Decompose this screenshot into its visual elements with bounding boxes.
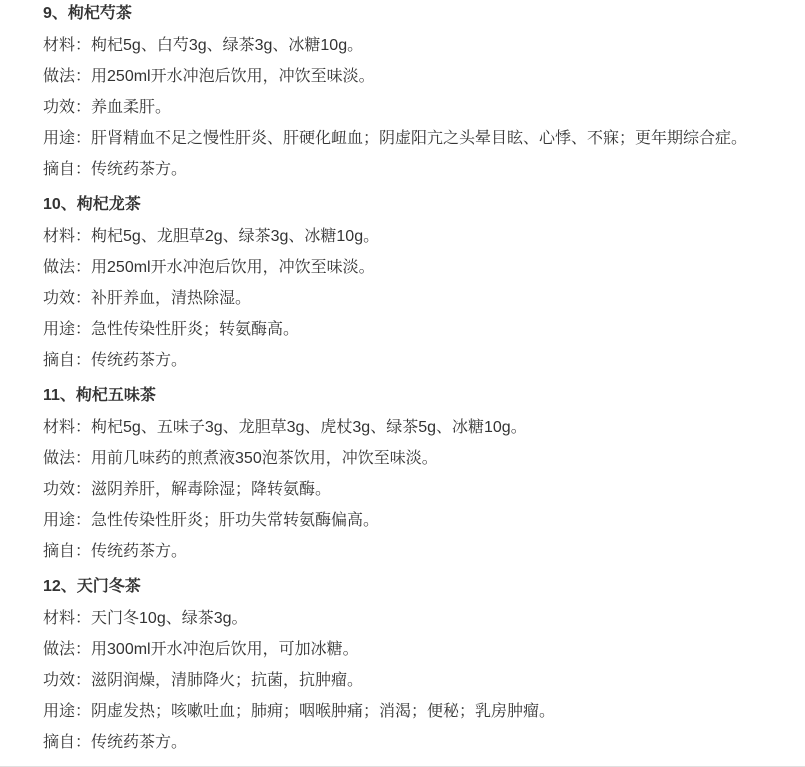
detail-row-effects: 功效：滋阴润燥，清肺降火；抗菌，抗肿瘤。: [43, 670, 765, 691]
row-text: 传统药茶方。: [91, 352, 187, 369]
row-label: 材料：: [43, 419, 91, 436]
row-text: 养血柔肝。: [91, 99, 171, 116]
row-label: 摘自：: [43, 734, 91, 751]
row-label: 材料：: [43, 610, 91, 627]
row-text: 枸杞5g、白芍3g、绿茶3g、冰糖10g。: [91, 37, 363, 54]
detail-row-source: 摘自：传统药茶方。: [43, 350, 765, 371]
row-text: 传统药茶方。: [91, 543, 187, 560]
tea-recipe-document: 9、枸杞芍茶 材料：枸杞5g、白芍3g、绿茶3g、冰糖10g。 做法：用250m…: [0, 0, 805, 753]
row-text: 滋阴养肝，解毒除湿；降转氨酶。: [91, 481, 331, 498]
row-label: 摘自：: [43, 543, 91, 560]
detail-row-method: 做法：用250ml开水冲泡后饮用，冲饮至味淡。: [43, 66, 765, 87]
row-text: 用前几味药的煎煮液350泡茶饮用，冲饮至味淡。: [91, 450, 438, 467]
row-text: 补肝养血，清热除湿。: [91, 290, 251, 307]
row-label: 功效：: [43, 99, 91, 116]
detail-row-effects: 功效：滋阴养肝，解毒除湿；降转氨酶。: [43, 479, 765, 500]
row-text: 枸杞5g、龙胆草2g、绿茶3g、冰糖10g。: [91, 228, 379, 245]
detail-row-source: 摘自：传统药茶方。: [43, 159, 765, 180]
row-label: 功效：: [43, 481, 91, 498]
row-label: 材料：: [43, 228, 91, 245]
row-text: 天门冬10g、绿茶3g。: [91, 610, 248, 627]
row-label: 功效：: [43, 290, 91, 307]
row-label: 材料：: [43, 37, 91, 54]
row-label: 功效：: [43, 672, 91, 689]
row-text: 传统药茶方。: [91, 161, 187, 178]
detail-row-uses: 用途：肝肾精血不足之慢性肝炎、肝硬化衄血；阴虚阳亢之头晕目眩、心悸、不寐；更年期…: [43, 128, 765, 149]
row-text: 肝肾精血不足之慢性肝炎、肝硬化衄血；阴虚阳亢之头晕目眩、心悸、不寐；更年期综合症…: [91, 130, 747, 147]
detail-row-source: 摘自：传统药茶方。: [43, 541, 765, 562]
detail-row-method: 做法：用300ml开水冲泡后饮用，可加冰糖。: [43, 639, 765, 660]
section-title: 11、枸杞五味茶: [43, 385, 765, 407]
detail-row-source: 摘自：传统药茶方。: [43, 732, 765, 753]
section-title: 10、枸杞龙茶: [43, 194, 765, 216]
detail-row-effects: 功效：补肝养血，清热除湿。: [43, 288, 765, 309]
row-label: 用途：: [43, 512, 91, 529]
row-label: 用途：: [43, 321, 91, 338]
recipe-section: 11、枸杞五味茶 材料：枸杞5g、五味子3g、龙胆草3g、虎杖3g、绿茶5g、冰…: [43, 385, 765, 562]
detail-row-materials: 材料：天门冬10g、绿茶3g。: [43, 608, 765, 629]
row-label: 用途：: [43, 703, 91, 720]
row-label: 做法：: [43, 259, 91, 276]
detail-row-uses: 用途：急性传染性肝炎；肝功失常转氨酶偏高。: [43, 510, 765, 531]
row-text: 用250ml开水冲泡后饮用，冲饮至味淡。: [91, 259, 375, 276]
detail-row-materials: 材料：枸杞5g、五味子3g、龙胆草3g、虎杖3g、绿茶5g、冰糖10g。: [43, 417, 765, 438]
detail-row-uses: 用途：急性传染性肝炎；转氨酶高。: [43, 319, 765, 340]
section-title: 9、枸杞芍茶: [43, 3, 765, 25]
section-title: 12、天门冬茶: [43, 576, 765, 598]
detail-row-effects: 功效：养血柔肝。: [43, 97, 765, 118]
row-text: 用250ml开水冲泡后饮用，冲饮至味淡。: [91, 68, 375, 85]
detail-row-materials: 材料：枸杞5g、白芍3g、绿茶3g、冰糖10g。: [43, 35, 765, 56]
detail-row-method: 做法：用前几味药的煎煮液350泡茶饮用，冲饮至味淡。: [43, 448, 765, 469]
row-text: 阴虚发热；咳嗽吐血；肺痈；咽喉肿痛；消渴；便秘；乳房肿瘤。: [91, 703, 555, 720]
row-text: 枸杞5g、五味子3g、龙胆草3g、虎杖3g、绿茶5g、冰糖10g。: [91, 419, 527, 436]
row-text: 急性传染性肝炎；肝功失常转氨酶偏高。: [91, 512, 379, 529]
detail-row-uses: 用途：阴虚发热；咳嗽吐血；肺痈；咽喉肿痛；消渴；便秘；乳房肿瘤。: [43, 701, 765, 722]
recipe-section: 10、枸杞龙茶 材料：枸杞5g、龙胆草2g、绿茶3g、冰糖10g。 做法：用25…: [43, 194, 765, 371]
row-label: 摘自：: [43, 161, 91, 178]
detail-row-method: 做法：用250ml开水冲泡后饮用，冲饮至味淡。: [43, 257, 765, 278]
row-text: 用300ml开水冲泡后饮用，可加冰糖。: [91, 641, 359, 658]
detail-row-materials: 材料：枸杞5g、龙胆草2g、绿茶3g、冰糖10g。: [43, 226, 765, 247]
row-label: 用途：: [43, 130, 91, 147]
row-label: 做法：: [43, 68, 91, 85]
row-text: 传统药茶方。: [91, 734, 187, 751]
recipe-section: 9、枸杞芍茶 材料：枸杞5g、白芍3g、绿茶3g、冰糖10g。 做法：用250m…: [43, 3, 765, 180]
row-text: 急性传染性肝炎；转氨酶高。: [91, 321, 299, 338]
recipe-section: 12、天门冬茶 材料：天门冬10g、绿茶3g。 做法：用300ml开水冲泡后饮用…: [43, 576, 765, 753]
row-label: 做法：: [43, 641, 91, 658]
row-label: 摘自：: [43, 352, 91, 369]
row-label: 做法：: [43, 450, 91, 467]
row-text: 滋阴润燥，清肺降火；抗菌，抗肿瘤。: [91, 672, 363, 689]
